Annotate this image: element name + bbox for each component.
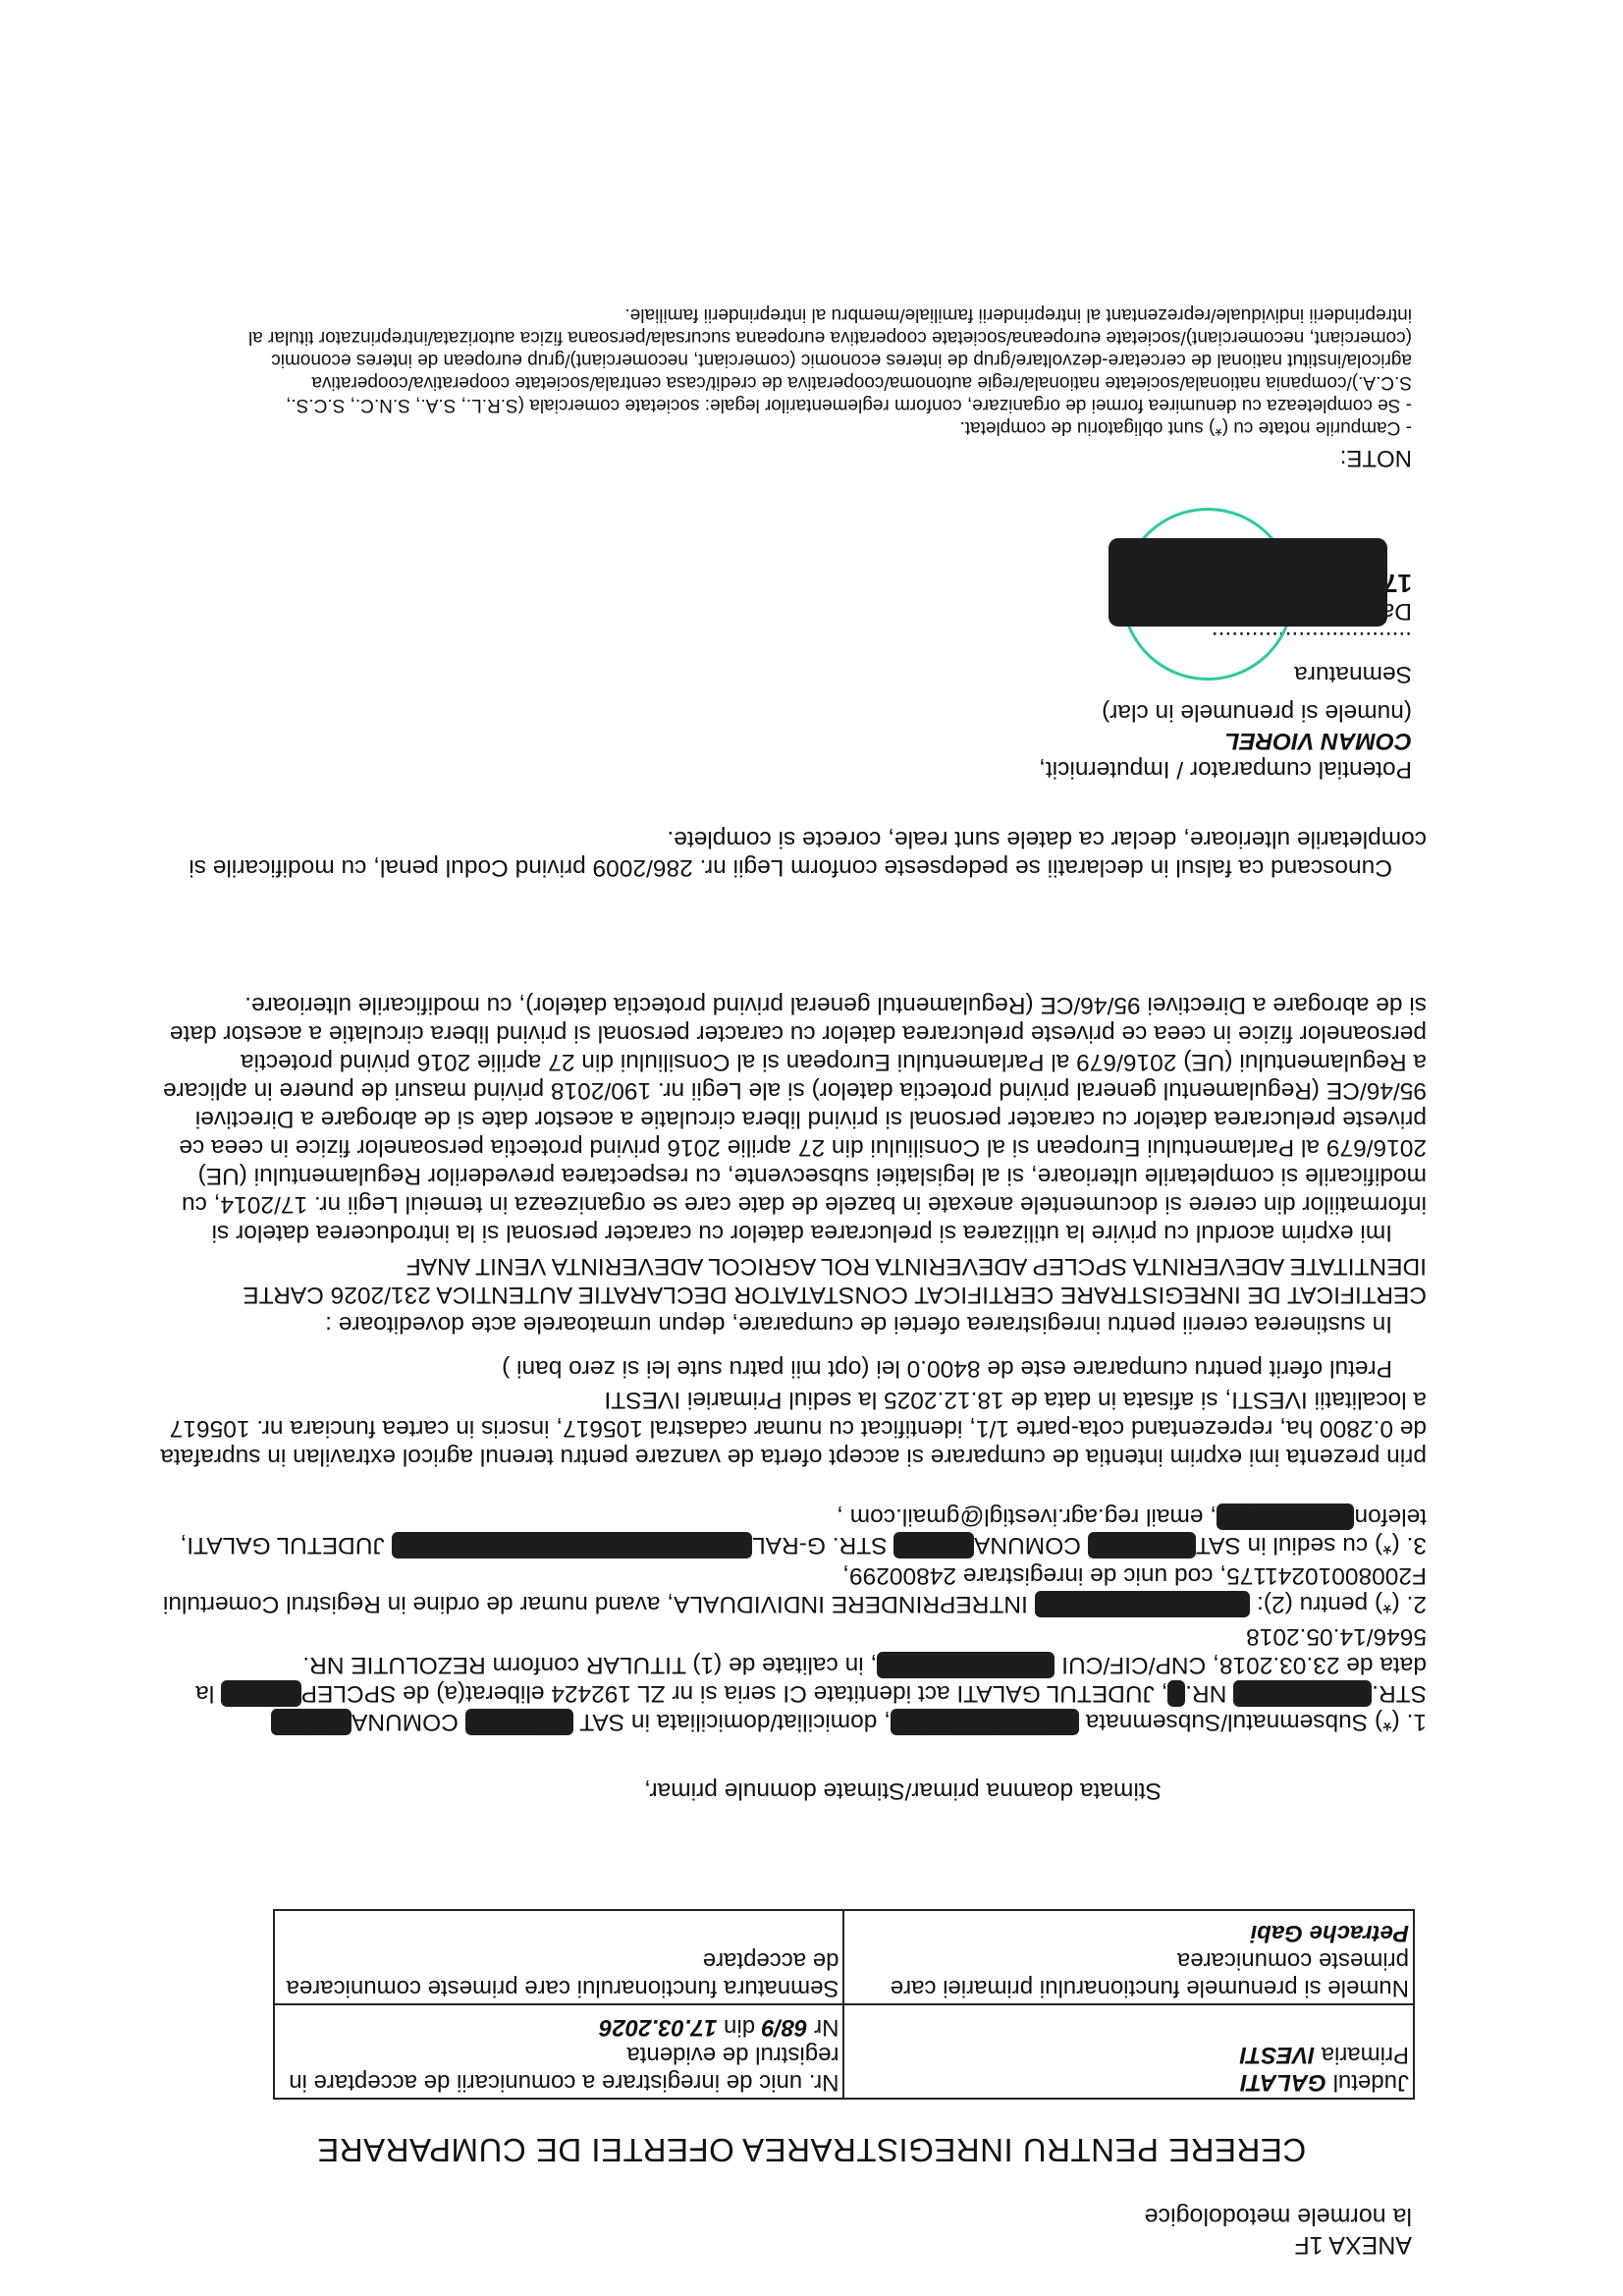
official-name-cell: Numele si prenumele functionarului prima… <box>844 1910 1415 2004</box>
official-name-label: Numele si prenumele functionarului prima… <box>849 1946 1410 2001</box>
signer-role: Potential cumparator / Imputernicit, <box>1039 755 1412 784</box>
official-signature-label: Semnatura functionarului care primeste c… <box>279 1946 839 2001</box>
reg-no-prefix: Nr <box>814 2014 839 2041</box>
note-1: - Campurile notate cu (*) sunt obligator… <box>204 416 1412 439</box>
section-enterprise: 2. (*) pentru (2): COMAN V. VIOREL INTRE… <box>160 1561 1427 1618</box>
signer-name-hint: (numele si prenumele in clar) <box>1039 698 1412 727</box>
official-signature-cell: Semnatura functionarului care primeste c… <box>274 1910 844 2004</box>
penal-paragraph: Cunoscand ca falsul in declaratii se ped… <box>160 825 1427 882</box>
documents-intro: In sustinerea cererii pentru inregistrar… <box>126 1310 1392 1339</box>
notes-section: NOTE: - Campurile notate cu (*) sunt obl… <box>204 303 1412 469</box>
signer-name: COMAN VIOREL <box>1039 727 1412 755</box>
county-label: Judetul <box>1333 2069 1409 2096</box>
text: 3. (*) cu sediul in SAT <box>1196 1532 1427 1558</box>
section-headquarters: 3. (*) cu sediul in SATBUCESTI COMUNAIVE… <box>160 1503 1427 1559</box>
salutation: Stimata doamna primar/Stimate domnule pr… <box>0 1777 1162 1805</box>
signature-label: Semnatura <box>1294 661 1412 687</box>
redacted-number: 1 <box>1167 1680 1185 1707</box>
redacted-cnp: 1870426174039 <box>877 1652 1055 1678</box>
redacted-village: BUCESTI <box>465 1709 573 1735</box>
documents-list: CERTIFICAT DE INREGISTRARE CERTIFICAT CO… <box>160 1252 1427 1309</box>
annex-number: ANEXA 1F <box>1145 2230 1412 2259</box>
text: COMUNA <box>352 1709 459 1735</box>
authority-cell: Judetul GALATI Primaria IVESTI <box>844 2004 1415 2099</box>
town-hall-label: Primaria <box>1322 2042 1409 2068</box>
redacted-commune: IVESTI <box>271 1709 352 1735</box>
town-hall-value: IVESTI <box>1240 2042 1315 2068</box>
registration-number: 68/9 <box>762 2014 808 2041</box>
redacted-phone: 0723226548 <box>1217 1503 1354 1530</box>
text: 2. (*) pentru (2): <box>1257 1591 1427 1617</box>
redacted-name: COMAN VIOREL <box>891 1709 1079 1735</box>
text: NR. <box>1185 1680 1226 1707</box>
price-paragraph: Pretul oferit pentru cumparare este de 8… <box>126 1354 1392 1383</box>
registration-number-label: Nr. unic de inregistrare a comunicarii d… <box>279 2041 839 2096</box>
annex-subtitle: la normele metodologice <box>1145 2202 1412 2230</box>
text: , domiciliat/domiciliata in SAT <box>580 1709 891 1735</box>
redacted-street: EREMIA GRIGORESCU NR. 227 <box>392 1532 753 1558</box>
redacted-enterprise-name: COMAN V. VIOREL <box>1035 1591 1251 1617</box>
text: COMUNA <box>974 1532 1081 1558</box>
redacted-issuer: IVESTI <box>221 1680 301 1707</box>
text: , email reg.agr.ivestigl@gmail.com , <box>837 1503 1217 1530</box>
text: , JUDETUL GALATI act identitate CI seria… <box>301 1680 1168 1707</box>
document-title: CERERE PENTRU INREGISTRAREA OFERTEI DE C… <box>0 2131 1623 2168</box>
county-value: GALATI <box>1240 2069 1326 2096</box>
official-name: Petrache Gabi <box>849 1919 1410 1946</box>
annex-header: ANEXA 1F la normele metodologice <box>1145 2202 1412 2259</box>
text: STR. <box>1372 1680 1427 1707</box>
redacted-village: BUCESTI <box>1088 1532 1196 1558</box>
registration-number-cell: Nr. unic de inregistrare a comunicarii d… <box>274 2004 844 2099</box>
redacted-commune: IVESTI <box>893 1532 974 1558</box>
redacted-street: VULTURENI <box>1233 1680 1372 1707</box>
text: 1. (*) Subsemnatul/Subsemnata <box>1086 1709 1427 1735</box>
redacted-signature <box>1109 538 1387 627</box>
notes-heading: NOTE: <box>204 447 1412 469</box>
reg-date-prefix: din <box>724 2014 755 2041</box>
gdpr-paragraph: Imi exprim acordul cu privire la utiliza… <box>160 991 1427 1247</box>
registration-date: 17.03.2026 <box>599 2014 717 2041</box>
text: STR. G-RAL <box>752 1532 888 1558</box>
note-2: - Se completeaza cu denumirea formei de … <box>204 303 1412 416</box>
section-applicant: 1. (*) Subsemnatul/Subsemnata COMAN VIOR… <box>160 1622 1427 1736</box>
document-page: ANEXA 1F la normele metodologice CERERE … <box>0 0 1623 2296</box>
registration-table: Judetul GALATI Primaria IVESTI Nr. unic … <box>273 1909 1415 2100</box>
offer-paragraph: prin prezenta imi exprim intentia de cum… <box>160 1386 1427 1471</box>
